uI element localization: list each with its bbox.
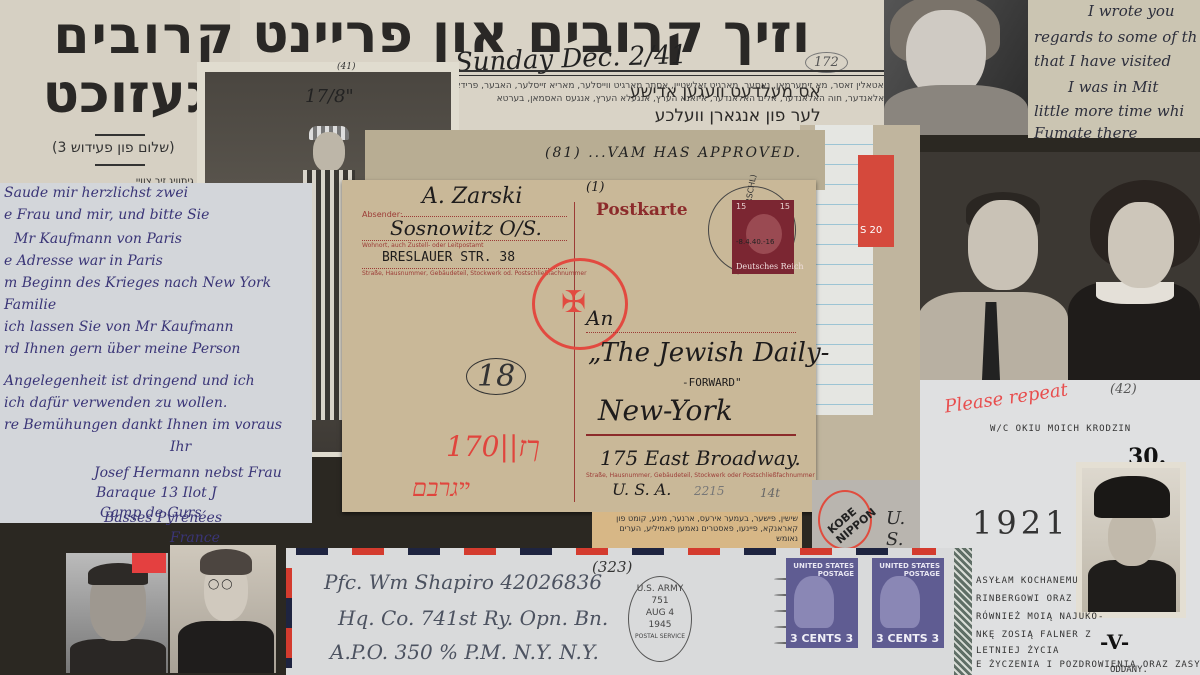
stamp-french: S 20 — [858, 155, 894, 247]
sender-name: A. Zarski — [422, 184, 522, 209]
address-line: Hq. Co. 741st Ry. Opn. Bn. — [338, 606, 608, 630]
face — [968, 200, 1038, 290]
portrait-icon — [794, 576, 834, 628]
letter-line: e Frau und mir, und bitte Sie — [4, 207, 209, 223]
letter-line: I wrote you — [1088, 2, 1175, 20]
postoffice-label: Wohnort, auch Zustell- oder Leitpostamt — [362, 242, 483, 249]
stamp-us-3-cents: UNITED STATES POSTAGE 3 CENTS 3 — [872, 558, 944, 648]
postmark-year: 1945 — [629, 619, 691, 631]
stamp-label: Deutsches Reich — [736, 262, 804, 271]
address-line: A.P.O. 350 % P.M. N.Y. N.Y. — [330, 640, 599, 664]
photo-number: (41) — [337, 62, 355, 72]
divider — [95, 134, 145, 136]
recipient-name-2: -FORWARD" — [682, 376, 742, 389]
portrait-icon — [746, 214, 782, 254]
photo-annotation: 17/8" — [305, 86, 354, 107]
newspaper-headline-line2: געזוכט — [42, 62, 210, 125]
airmail-edge — [286, 568, 292, 668]
envelope-handwriting: U. S. — [886, 508, 922, 550]
divider-line — [574, 202, 575, 502]
hat — [1094, 476, 1170, 518]
letter-signature: Josef Hermann nebst Frau — [94, 465, 282, 481]
photo-woman: ◯◯ — [170, 545, 276, 673]
hair — [200, 549, 252, 575]
letter-greeting: W/C OKIU MOICH KRODZIN — [990, 424, 1131, 434]
letter-line: Familie — [4, 297, 56, 313]
signoff-mark: -V- — [1100, 630, 1129, 654]
stamp-value: 15 — [736, 202, 746, 211]
sender-street: BRESLAUER STR. 38 — [382, 250, 515, 265]
postcard: (1) Absender: A. Zarski Sosnowitz O/S. W… — [342, 180, 816, 512]
letter-english: I wrote you regards to some of th that I… — [1028, 0, 1200, 138]
censor-stamp: ✠ — [532, 258, 628, 350]
red-note: Please repeat — [943, 379, 1069, 417]
postmark-text: KOBE NIPPON — [825, 496, 878, 547]
pencil-mark: 14t — [760, 486, 780, 500]
postcard-title: Postkarte — [596, 200, 688, 220]
divider — [95, 164, 145, 166]
pencil-number: 2215 — [694, 484, 725, 498]
photo-man — [66, 553, 168, 673]
envelope-number: (323) — [592, 558, 632, 576]
newspaper-clipping-small: שישין, פישער, בעמער אירעס, ארנער, מינע, … — [592, 512, 802, 552]
letter-line: Ihr — [170, 439, 191, 455]
eagle-icon: ✠ — [561, 285, 586, 320]
stamp-value: S 20 — [860, 225, 882, 236]
postmark-date: AUG 4 — [629, 607, 691, 619]
letter-line: ASYŁAM KOCHANEMU — [976, 576, 1079, 586]
kobe-postmark: KOBE NIPPON — [818, 490, 872, 550]
postmark-line: 751 — [629, 595, 691, 607]
stamp-deutsches-reich: 15 15 -8.4.40.-16 Deutsches Reich — [732, 200, 794, 274]
address-line: Pfc. Wm Shapiro 42026836 — [324, 570, 602, 594]
letter-line: RÓWNIEŻ MOIĄ NAJUKO- — [976, 612, 1104, 622]
letter-address: Basses Pyrénées — [104, 510, 222, 526]
face — [1108, 202, 1174, 288]
letter-line: LETNIEJ ŻYCIA — [976, 646, 1059, 656]
postcard-number: (1) — [586, 180, 604, 195]
letter-german: Saude mir herzlichst zwei e Frau und mir… — [0, 183, 312, 523]
jacket — [178, 621, 274, 673]
sender-city: Sosnowitz O/S. — [390, 216, 542, 240]
postmark-date: -8.4.40.-16 — [736, 238, 774, 246]
face — [313, 132, 345, 172]
newspaper-lead: אס מעלדעט וועגען אדישע לער פון אנגארן וו… — [630, 80, 821, 128]
stamp-value: 15 — [780, 202, 790, 211]
coat — [1088, 560, 1176, 612]
lead-line: לער פון אנגארן וועלכע — [630, 104, 821, 128]
letter-line: ich lassen Sie von Mr Kaufmann — [4, 319, 233, 335]
photo-boy-and-girl — [918, 152, 1200, 380]
envelope-kobe: KOBE NIPPON U. S. — [812, 480, 922, 550]
postmark-line: POSTAL SERVICE — [629, 631, 691, 643]
dotted-line — [362, 240, 567, 241]
photos-couple: ◯◯ — [66, 545, 276, 675]
portrait-icon — [880, 576, 920, 628]
newspaper-subhead: (שלום פון פעידוש 3) — [52, 140, 175, 156]
envelope-text: (81) ...VAM HAS APPROVED. — [545, 145, 802, 161]
photo-smiling-girl — [884, 0, 1028, 135]
photo-man-in-hat — [1076, 462, 1186, 618]
letter-line: m Beginn des Krieges nach New York — [4, 275, 271, 291]
letter-line: RINBERGOWI ORAZ — [976, 594, 1072, 604]
newspaper-headline-line1: קרובים — [53, 6, 236, 66]
letter-line: Angelegenheit ist dringend und ich — [4, 373, 255, 389]
newspaper-text: שישין, פישער, בעמער אירעס, ארנער, מינע, … — [592, 512, 802, 546]
letter-line: rd Ihnen gern über meine Person — [4, 341, 240, 357]
underline — [586, 434, 796, 436]
recipient-city: New-York — [598, 394, 733, 427]
letter-line: NKĘ ZOSIĄ FALNER Z — [976, 630, 1092, 640]
lead-line: אס מעלדעט וועגען אדישע — [630, 80, 821, 104]
dotted-line — [586, 332, 796, 333]
red-tab — [132, 553, 166, 573]
envelope-number: (81) — [545, 145, 582, 161]
recipient-label: An — [586, 306, 613, 330]
letter-line: Fumate there — [1034, 124, 1138, 142]
stamp-us-3-cents: UNITED STATES POSTAGE 3 CENTS 3 — [786, 558, 858, 648]
recipient-name: „The Jewish Daily- — [588, 338, 829, 368]
green-ribbon — [954, 548, 972, 675]
letter-line: little more time whi — [1034, 102, 1184, 120]
hebrew-annotation: ײגרבם — [412, 474, 470, 503]
letter-address: Baraque 13 Ilot J — [96, 485, 217, 501]
letter-line: E ŻYCZENIA I POZDROWIENIA ORAZ ZASYŁA — [976, 660, 1200, 670]
army-postmark: U.S. ARMY 751 AUG 4 1945 POSTAL SERVICE — [628, 576, 692, 662]
stamp-value: 3 CENTS 3 — [876, 632, 939, 645]
letter-number: (42) — [1110, 382, 1137, 397]
hebrew-annotation: 170||ךז — [446, 430, 540, 464]
airmail-envelope: Pfc. Wm Shapiro 42026836 (323) Hq. Co. 7… — [286, 548, 960, 675]
dotted-line — [362, 268, 567, 269]
letter-signoff: ODDANY. — [1110, 665, 1148, 675]
recipient-country: U. S. A. — [612, 480, 671, 499]
street-label: Straße, Hausnummer, Gebäudeteil, Stockwe… — [586, 472, 815, 479]
letter-line: I was in Mit — [1068, 78, 1158, 96]
recipient-street: 175 East Broadway. — [600, 446, 801, 470]
envelope-approved-text: ...VAM HAS APPROVED. — [588, 145, 802, 161]
letter-address: France — [170, 530, 220, 546]
stamp-value: 3 CENTS 3 — [790, 632, 853, 645]
letter-line: that I have visited — [1034, 52, 1171, 70]
glasses-icon: ◯◯ — [208, 579, 234, 590]
letter-line: ich dafür verwenden zu wollen. — [4, 395, 227, 411]
sweater — [70, 639, 166, 673]
postmark-line: U.S. ARMY — [629, 583, 691, 595]
letter-line: e Adresse war in Paris — [4, 253, 163, 269]
airmail-stripe — [296, 548, 936, 555]
letter-line: regards to some of th — [1034, 28, 1197, 46]
circled-mark: 18 — [466, 358, 526, 395]
letter-line: re Bemühungen dankt Ihnen im voraus — [4, 417, 282, 433]
letter-year: 1921 — [972, 504, 1069, 542]
letter-line: Mr Kaufmann von Paris — [14, 231, 182, 247]
letter-line: Saude mir herzlichst zwei — [4, 185, 188, 201]
